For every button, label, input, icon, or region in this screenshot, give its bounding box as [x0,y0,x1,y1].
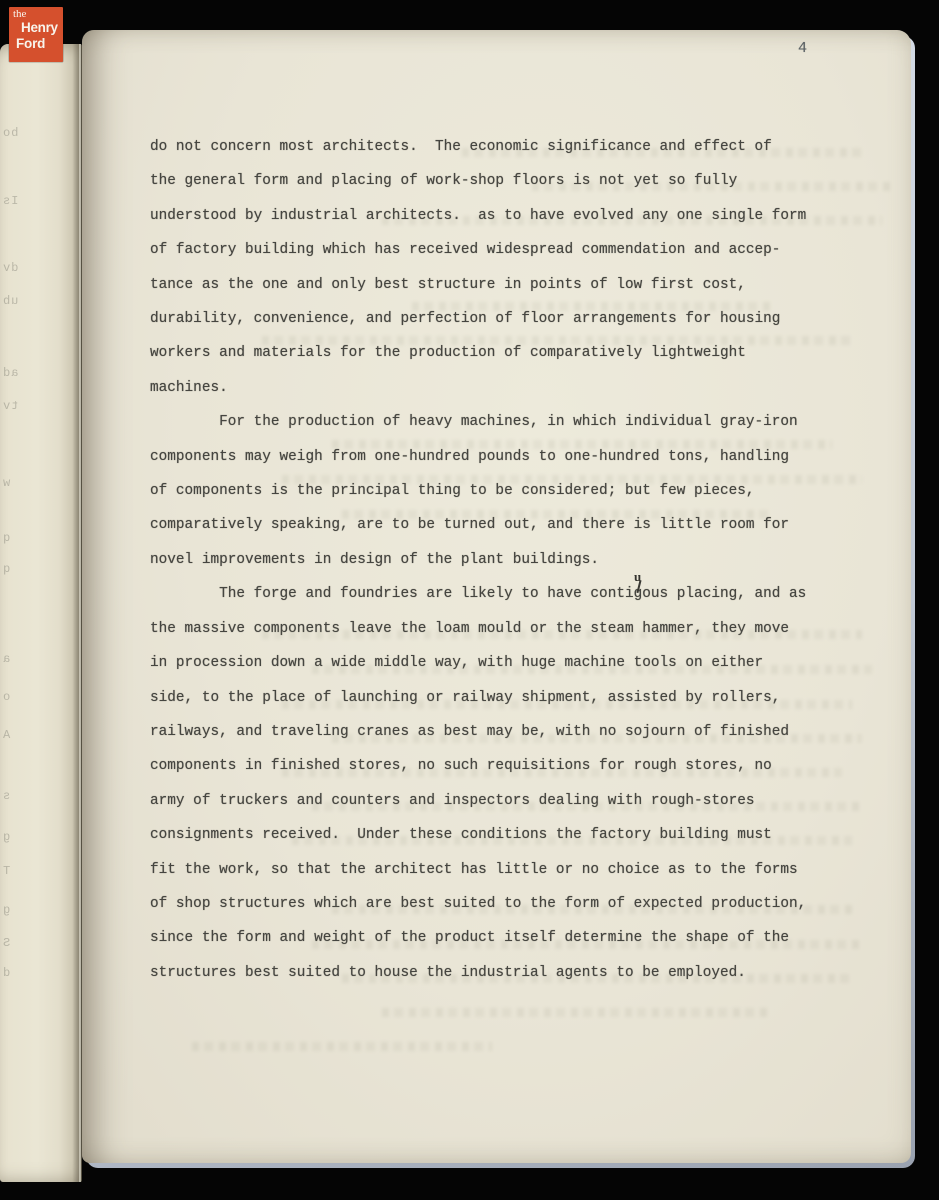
page-number: 4 [798,40,807,57]
ghost-text-fragment: g [2,830,10,844]
ghost-text-fragment: ad [2,366,18,380]
ghost-text-fragment: T [2,864,10,878]
ghost-text-fragment: dv [2,261,18,275]
ghost-text-fragment: q [2,562,10,576]
logo-text-henry: Henry [21,20,58,35]
typed-text: do not concern most architects. The econ… [150,130,806,990]
document-page: 4 do not concern most architects. The ec… [82,30,911,1163]
ghost-text-fragment: ub [2,294,18,308]
ghost-text-fragment: A [2,728,10,742]
handwritten-insertion-mark: u [634,569,641,585]
henry-ford-logo: the Henry Ford [9,7,63,62]
ghost-text-fragment: a [2,652,10,666]
logo-text-ford: Ford [16,36,45,51]
ghost-text-fragment: w [2,476,10,490]
ghost-text-fragment: Is [2,194,18,208]
scan-background: boIsdvubadtvwqqaoAsgTgSd 4 do not concer… [0,0,939,1200]
ghost-text-fragment: d [2,966,10,980]
ghost-text-fragment: s [2,789,10,803]
facing-page-edge: boIsdvubadtvwqqaoAsgTgSd [0,44,82,1182]
ghost-text-fragment: bo [2,126,18,140]
ghost-text-fragment: S [2,936,10,950]
ghost-text-fragment: q [2,531,10,545]
bleed-through-smudge [192,1042,492,1051]
ghost-text-fragment: tv [2,399,18,413]
logo-text-the: the [13,8,26,20]
bleed-through-smudge [382,1008,772,1017]
ghost-text-fragment: o [2,690,10,704]
ghost-text-fragment: g [2,903,10,917]
